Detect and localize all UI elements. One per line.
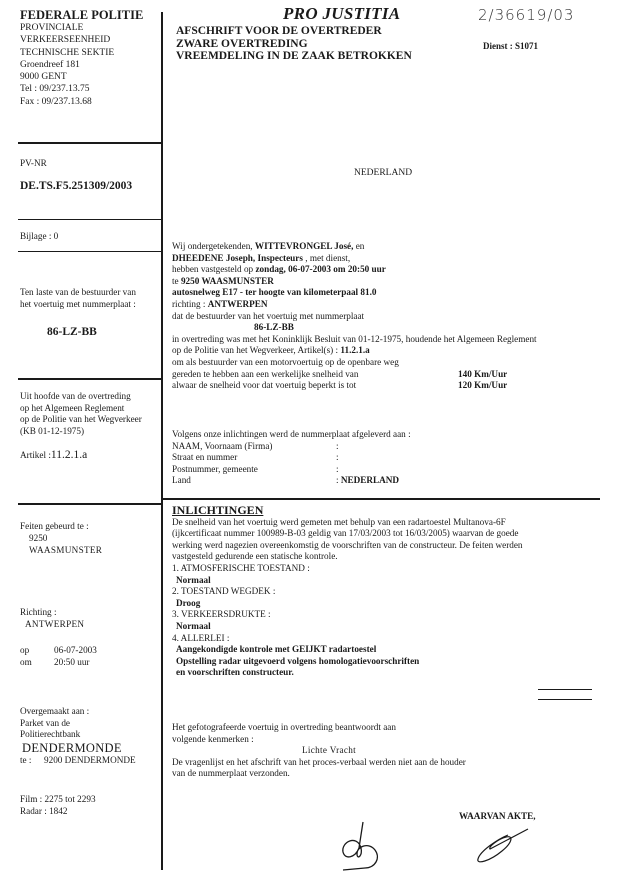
item-label: 1. ATMOSFERISCHE TOESTAND : <box>172 563 612 575</box>
owner-field: Straat en nummer: <box>172 452 612 464</box>
paragraph-line: vastgesteld gedurende een statische kont… <box>172 551 612 563</box>
pv-number: DE.TS.F5.251309/2003 <box>20 180 160 192</box>
document-title: PRO JUSTITIA <box>283 4 400 24</box>
allerlei-line: Opstelling radar uitgevoerd volgens homo… <box>172 656 612 668</box>
text: gereden te hebben aan een werkelijke sne… <box>172 369 358 379</box>
organization-block: FEDERALE POLITIE PROVINCIALE VERKEERSEEN… <box>20 8 143 108</box>
statement-line: alwaar de snelheid voor dat voertuig bep… <box>172 380 612 392</box>
text: op de Politie van het Wegverkeer, Artike… <box>172 345 340 355</box>
signature-icon <box>335 818 395 874</box>
document-subtitle: AFSCHRIFT VOOR DE OVERTREDER ZWARE OVERT… <box>176 25 412 63</box>
statement-line: richting : ANTWERPEN <box>172 299 612 311</box>
om-time: 20:50 uur <box>54 657 89 669</box>
text: en <box>353 241 364 251</box>
actual-speed: 140 Km/Uur <box>458 369 507 381</box>
bijlage: Bijlage : 0 <box>20 231 160 243</box>
film-range: Film : 2275 tot 2293 <box>20 794 96 806</box>
divider <box>163 498 600 500</box>
field-label: NAAM, Voornaam (Firma) <box>172 441 336 453</box>
violation-basis: Uit hoofde van de overtreding op het Alg… <box>20 391 160 437</box>
allerlei-line: Aangekondigde kontrole met GEIJKT radart… <box>172 644 612 656</box>
court-location-label: te : <box>20 755 31 767</box>
closing-phrase: WAARVAN AKTE, <box>459 811 536 823</box>
text-line: De vragenlijst en het afschrift van het … <box>172 757 612 769</box>
statement-line: in overtreding was met het Koninklijk Be… <box>172 334 612 346</box>
court-location: 9200 DENDERMONDE <box>44 755 136 767</box>
feiten-postcode: 9250 <box>29 533 47 545</box>
radar-number: Radar : 1842 <box>20 806 67 818</box>
feiten-place: WAASMUNSTER <box>29 545 102 557</box>
section-heading: INLICHTINGEN <box>172 505 612 517</box>
officer-name: WITTEVRONGEL José, <box>255 241 354 251</box>
text: hebben vastgesteld op <box>172 264 255 274</box>
text-line: Parket van de <box>20 718 160 730</box>
item-label: 3. VERKEERSDRUKTE : <box>172 609 612 621</box>
org-address: Groendreef 181 <box>20 59 143 71</box>
divider <box>18 142 163 144</box>
owner-intro: Volgens onze inlichtingen werd de nummer… <box>172 429 612 441</box>
feiten-label: Feiten gebeurd te : <box>20 521 160 533</box>
license-plate: 86-LZ-BB <box>47 326 97 338</box>
divider <box>18 378 163 380</box>
item-value: Normaal <box>172 575 612 587</box>
richting-label: Richting : <box>20 607 160 619</box>
text-line: Overgemaakt aan : <box>20 706 160 718</box>
statement-line: hebben vastgesteld op zondag, 06-07-2003… <box>172 264 612 276</box>
op-label: op <box>20 645 29 657</box>
org-tel: Tel : 09/237.13.75 <box>20 83 143 95</box>
text: te <box>172 276 181 286</box>
violation-place: 9250 WAASMUNSTER <box>181 276 274 286</box>
field-label: Postnummer, gemeente <box>172 464 336 476</box>
org-fax: Fax : 09/237.13.68 <box>20 96 143 108</box>
text-line: op de Politie van het Wegverkeer <box>20 414 160 426</box>
vehicle-description: Het gefotografeerde voertuig in overtred… <box>172 722 612 780</box>
item-label: 2. TOESTAND WEGDEK : <box>172 586 612 598</box>
paragraph-line: (ijkcertificaat nummer 100989-B-03 geldi… <box>172 528 612 540</box>
ten-laste-label: Ten laste van de bestuurder van het voer… <box>20 287 160 310</box>
blank-line <box>538 689 592 690</box>
signature-icon <box>468 825 538 865</box>
statement-line: op de Politie van het Wegverkeer, Artike… <box>172 345 612 357</box>
column-divider <box>161 12 163 870</box>
statement-block: Wij ondergetekenden, WITTEVRONGEL José, … <box>172 241 612 392</box>
org-line: TECHNISCHE SEKTIE <box>20 47 143 59</box>
paragraph-line: werking werd nagezien overeenkomstig de … <box>172 540 612 552</box>
pv-label: PV-NR <box>20 158 160 170</box>
subtitle-line: ZWARE OVERTREDING <box>176 38 412 51</box>
org-line: PROVINCIALE <box>20 22 143 34</box>
statement-line: DHEEDENE Joseph, Inspecteurs , met diens… <box>172 253 612 265</box>
divider <box>18 503 163 505</box>
field-label: Land <box>172 475 336 487</box>
allerlei-line: en voorschriften constructeur. <box>172 667 612 679</box>
text-line: Ten laste van de bestuurder van <box>20 287 160 299</box>
text: richting : <box>172 299 208 309</box>
text-line: Politierechtbank <box>20 729 160 741</box>
violation-direction: ANTWERPEN <box>208 299 268 309</box>
artikel-value: 11.2.1.a <box>51 449 87 461</box>
statement-line: Wij ondergetekenden, WITTEVRONGEL José, … <box>172 241 612 253</box>
owner-info: Volgens onze inlichtingen werd de nummer… <box>172 429 612 487</box>
text-line: op het Algemeen Reglement <box>20 403 160 415</box>
item-label: 4. ALLERLEI : <box>172 633 612 645</box>
item-value: Normaal <box>172 621 612 633</box>
owner-field: Land: NEDERLAND <box>172 475 612 487</box>
text: Wij ondergetekenden, <box>172 241 255 251</box>
subtitle-line: AFSCHRIFT VOOR DE OVERTREDER <box>176 25 412 38</box>
item-value: Droog <box>172 598 612 610</box>
article-ref: 11.2.1.a <box>340 345 369 355</box>
paragraph-line: De snelheid van het voertuig werd gemete… <box>172 517 612 529</box>
om-label: om <box>20 657 32 669</box>
owner-field: NAAM, Voornaam (Firma): <box>172 441 612 453</box>
statement-line: gereden te hebben aan een werkelijke sne… <box>172 369 612 381</box>
richting-value: ANTWERPEN <box>25 619 84 631</box>
handwritten-reference: 2/36619/03 <box>478 6 574 24</box>
divider <box>18 251 163 252</box>
officer-name: DHEEDENE Joseph, Inspecteurs <box>172 253 303 263</box>
text-line: het voertuig met nummerplaat : <box>20 299 160 311</box>
speed-limit: 120 Km/Uur <box>458 380 507 392</box>
statement-plate: 86-LZ-BB <box>172 322 612 334</box>
artikel-row: Artikel :11.2.1.a <box>20 450 160 462</box>
statement-line: te 9250 WAASMUNSTER <box>172 276 612 288</box>
subtitle-line: VREEMDELING IN DE ZAAK BETROKKEN <box>176 50 412 63</box>
field-label: Straat en nummer <box>172 452 336 464</box>
text: alwaar de snelheid voor dat voertuig bep… <box>172 380 356 390</box>
violation-location: autosnelweg E17 - ter hoogte van kilomet… <box>172 287 612 299</box>
text-line: Uit hoofde van de overtreding <box>20 391 160 403</box>
vehicle-type: Lichte Vracht <box>172 745 612 757</box>
statement-line: dat de bestuurder van het voertuig met n… <box>172 311 612 323</box>
owner-field: Postnummer, gemeente: <box>172 464 612 476</box>
text-line: volgende kenmerken : <box>172 734 612 746</box>
country-heading: NEDERLAND <box>354 168 412 178</box>
court-name: DENDERMONDE <box>22 741 122 756</box>
divider <box>18 219 163 220</box>
overgemaakt-block: Overgemaakt aan : Parket van de Politier… <box>20 706 160 741</box>
inlichtingen-section: INLICHTINGEN De snelheid van het voertui… <box>172 505 612 679</box>
text-line: Het gefotografeerde voertuig in overtred… <box>172 722 612 734</box>
text-line: van de nummerplaat verzonden. <box>172 768 612 780</box>
org-line: VERKEERSEENHEID <box>20 34 143 46</box>
artikel-label: Artikel : <box>20 450 51 460</box>
org-name: FEDERALE POLITIE <box>20 8 143 22</box>
text: , met dienst, <box>303 253 350 263</box>
blank-line <box>538 699 592 700</box>
dienst-code: Dienst : S1071 <box>483 41 538 51</box>
org-city: 9000 GENT <box>20 71 143 83</box>
text-line: (KB 01-12-1975) <box>20 426 160 438</box>
statement-line: om als bestuurder van een motorvoertuig … <box>172 357 612 369</box>
violation-datetime: zondag, 06-07-2003 om 20:50 uur <box>255 264 385 274</box>
field-value: NEDERLAND <box>341 475 399 487</box>
op-date: 06-07-2003 <box>54 645 97 657</box>
